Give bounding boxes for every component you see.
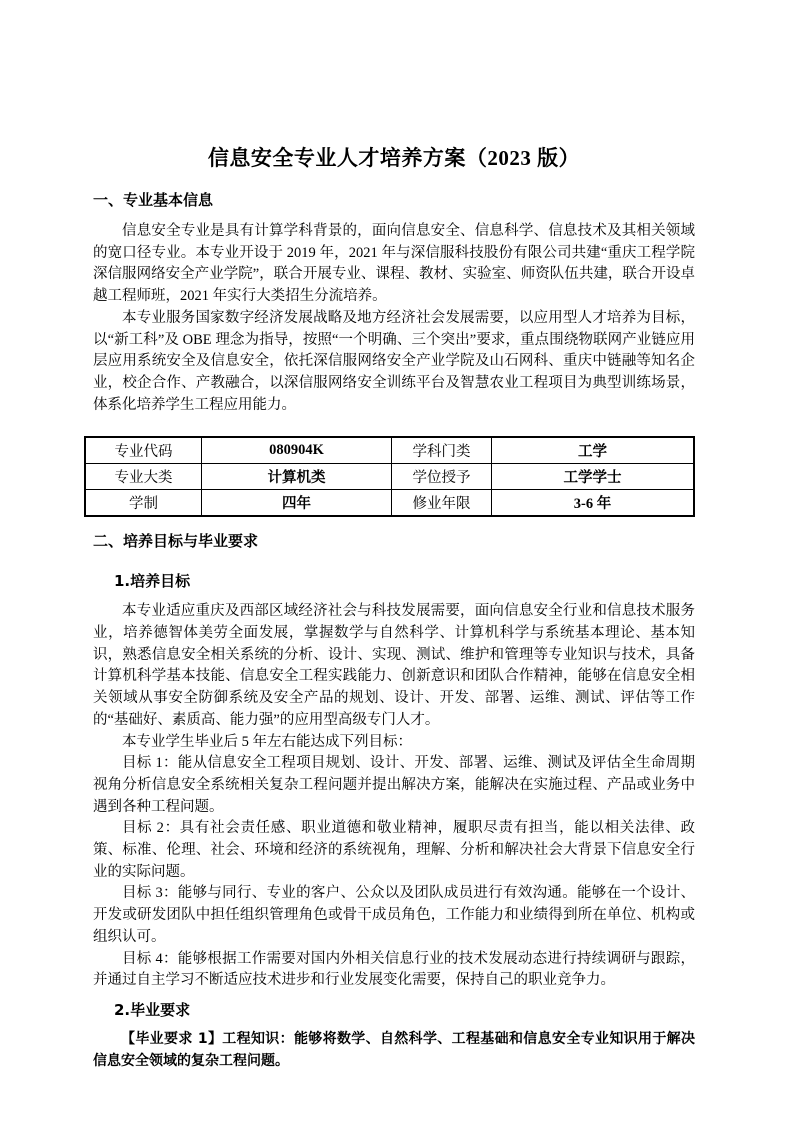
page-title: 信息安全专业人才培养方案（2023 版） [93, 145, 695, 171]
document-content: 信息安全专业人才培养方案（2023 版） 一、专业基本信息 信息安全专业是具有计… [93, 145, 695, 1072]
table-cell-value: 工学学士 [492, 464, 695, 490]
table-cell-value: 3-6 年 [492, 490, 695, 517]
table-cell-label: 专业代码 [85, 437, 202, 464]
program-info-table: 专业代码 080904K 学科门类 工学 专业大类 计算机类 学位授予 工学学士… [84, 436, 695, 517]
document-page: 信息安全专业人才培养方案（2023 版） 一、专业基本信息 信息安全专业是具有计… [0, 0, 793, 1122]
table-cell-label: 专业大类 [85, 464, 202, 490]
goal-1-paragraph: 目标 1：能从信息安全工程项目规划、设计、开发、部署、运维、测试及评估全生命周期… [93, 753, 695, 818]
section-1-heading: 一、专业基本信息 [93, 190, 695, 211]
training-objectives-paragraph: 本专业适应重庆及西部区域经济社会与科技发展需要，面向信息安全行业和信息技术服务业… [93, 601, 695, 731]
goal-4-paragraph: 目标 4：能够根据工作需要对国内外相关信息行业的技术发展动态进行持续调研与跟踪，… [93, 949, 695, 992]
goals-intro-line: 本专业学生毕业后 5 年左右能达成下列目标： [93, 732, 695, 754]
goal-3-paragraph: 目标 3：能够与同行、专业的客户、公众以及团队成员进行有效沟通。能够在一个设计、… [93, 883, 695, 948]
table-cell-value: 080904K [202, 437, 392, 464]
table-row: 专业代码 080904K 学科门类 工学 [85, 437, 694, 464]
section-1-paragraph-2: 本专业服务国家数字经济发展战略及地方经济社会发展需要，以应用型人才培养为目标，以… [93, 308, 695, 417]
table-row: 专业大类 计算机类 学位授予 工学学士 [85, 464, 694, 490]
section-1-paragraph-1: 信息安全专业是具有计算学科背景的，面向信息安全、信息科学、信息技术及其相关领域的… [93, 221, 695, 308]
table-cell-label: 修业年限 [392, 490, 492, 517]
subsection-graduation-requirements-heading: 2.毕业要求 [93, 1000, 695, 1021]
subsection-training-objectives-heading: 1.培养目标 [93, 571, 695, 592]
goal-2-paragraph: 目标 2：具有社会责任感、职业道德和敬业精神，履职尽责有担当，能以相关法律、政策… [93, 818, 695, 883]
table-cell-value: 工学 [492, 437, 695, 464]
table-cell-value: 四年 [202, 490, 392, 517]
section-2-heading: 二、培养目标与毕业要求 [93, 531, 695, 552]
table-cell-label: 学位授予 [392, 464, 492, 490]
table-cell-label: 学制 [85, 490, 202, 517]
table-cell-value: 计算机类 [202, 464, 392, 490]
table-cell-label: 学科门类 [392, 437, 492, 464]
table-row: 学制 四年 修业年限 3-6 年 [85, 490, 694, 517]
graduation-requirement-1-paragraph: 【毕业要求 1】工程知识：能够将数学、自然科学、工程基础和信息安全专业知识用于解… [93, 1029, 695, 1072]
